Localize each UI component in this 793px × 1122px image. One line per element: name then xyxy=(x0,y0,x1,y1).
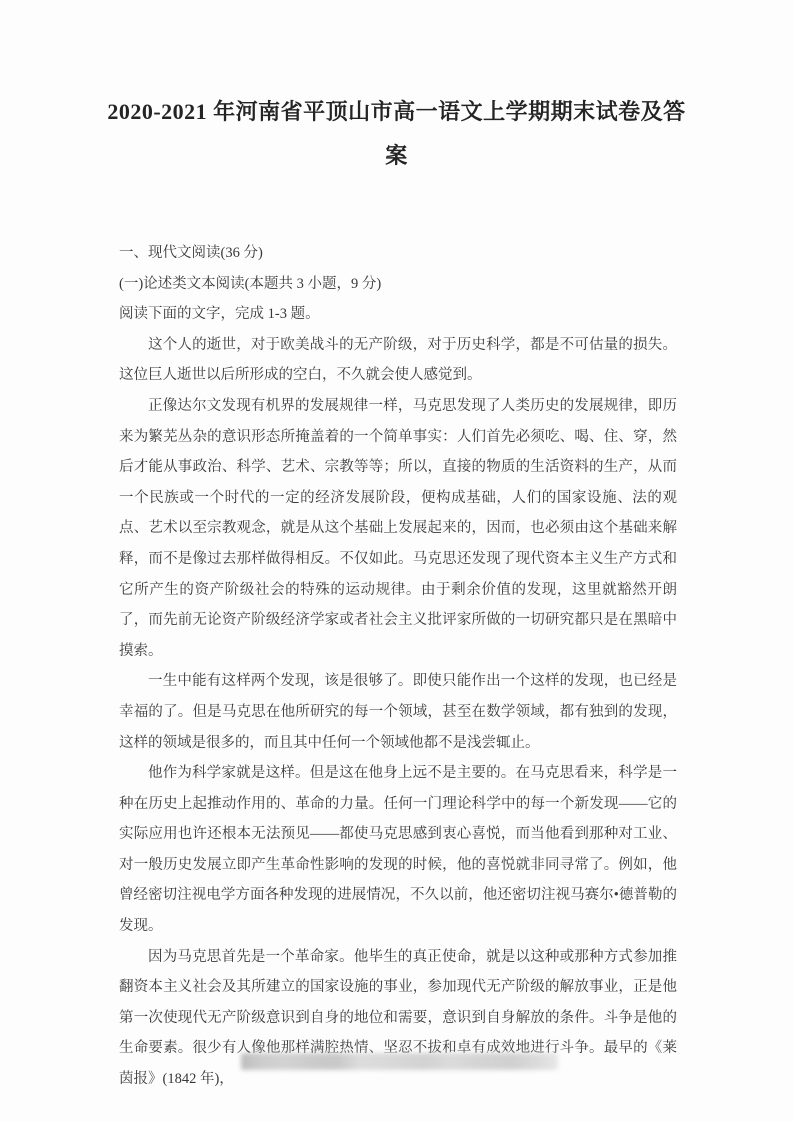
section-heading: 一、现代文阅读(36 分) xyxy=(119,238,677,269)
exam-document-page: 2020-2021 年河南省平顶山市高一语文上学期期末试卷及答 案 一、现代文阅… xyxy=(0,0,793,1122)
passage-body: 一、现代文阅读(36 分) (一)论述类文本阅读(本题共 3 小题，9 分) 阅… xyxy=(119,238,677,1095)
exam-title-line2: 案 xyxy=(96,134,697,178)
exam-title: 2020-2021 年河南省平顶山市高一语文上学期期末试卷及答 案 xyxy=(96,90,697,178)
blurred-watermark xyxy=(241,1053,558,1070)
passage-paragraph: 正像达尔文发现有机界的发展规律一样，马克思发现了人类历史的发展规律，即历来为繁芜… xyxy=(119,391,677,666)
passage-paragraph: 他作为科学家就是这样。但是这在他身上远不是主要的。在马克思看来，科学是一种在历史… xyxy=(119,758,677,942)
subsection-heading: (一)论述类文本阅读(本题共 3 小题，9 分) xyxy=(119,269,677,300)
passage-paragraph: 这个人的逝世，对于欧美战斗的无产阶级，对于历史科学，都是不可估量的损失。这位巨人… xyxy=(119,330,677,391)
exam-title-line1: 2020-2021 年河南省平顶山市高一语文上学期期末试卷及答 xyxy=(96,90,697,134)
passage-paragraph: 一生中能有这样两个发现，该是很够了。即使只能作出一个这样的发现，也已经是幸福的了… xyxy=(119,666,677,758)
reading-instruction: 阅读下面的文字，完成 1-3 题。 xyxy=(119,299,677,330)
passage-paragraph: 因为马克思首先是一个革命家。他毕生的真正使命，就是以这种或那种方式参加推翻资本主… xyxy=(119,942,677,1095)
